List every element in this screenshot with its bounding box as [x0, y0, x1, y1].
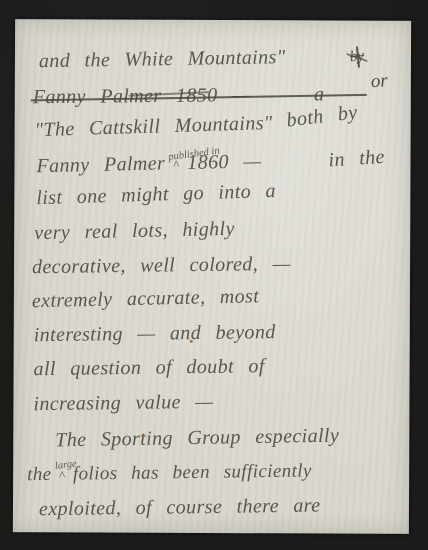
line-text: the: [27, 465, 52, 484]
manuscript-line-1: and the White Mountains": [39, 47, 286, 71]
correction-word: or: [370, 70, 388, 93]
line-text: "The Cattskill Mountains": [34, 113, 273, 140]
line-text: and the White Mountains": [39, 47, 286, 71]
struck-out-word: by: [346, 46, 368, 69]
line-text: all question of doubt of: [33, 356, 264, 379]
line-text: interesting — and beyond: [34, 322, 276, 345]
line-text: in the: [328, 147, 386, 171]
manuscript-line-7: decorative, well colored, —: [32, 254, 291, 277]
manuscript-line-3: "The Cattskill Mountains"both by: [34, 110, 358, 140]
line-text: extremely accurate, most: [32, 286, 260, 311]
inserted-word: large: [54, 459, 77, 472]
photo-background: and the White Mountains" by or Fanny Pal…: [0, 0, 428, 550]
manuscript-line-10: all question of doubt of: [33, 356, 264, 379]
manuscript-line-14: exploited, of course there are: [39, 496, 321, 520]
paper-speck: [141, 434, 144, 437]
line-tail: both by: [286, 102, 359, 130]
manuscript-line-13: thelarge^folios has been sufficiently: [27, 461, 312, 484]
manuscript-line-4: Fanny Palmerpublished in^1860 —: [36, 151, 261, 176]
interlinear-insertion: published in^: [173, 153, 179, 173]
manuscript-page: and the White Mountains" by or Fanny Pal…: [13, 19, 411, 534]
manuscript-line-12: The Sporting Group especially: [55, 426, 339, 451]
manuscript-line-2-struck: Fanny Palmer 1850 —a: [33, 84, 373, 107]
paper-speck: [190, 340, 193, 343]
line-text: The Sporting Group especially: [55, 426, 339, 451]
manuscript-line-6: very real lots, highly: [34, 219, 235, 243]
line-text-continued: folios has been sufficiently: [73, 461, 312, 483]
line-text: exploited, of course there are: [39, 496, 321, 520]
manuscript-line-9: interesting — and beyond: [34, 322, 276, 345]
line-text: increasing value —: [33, 392, 213, 414]
line-text: list one might go into a: [36, 181, 276, 208]
line-text: Fanny Palmer: [36, 153, 165, 176]
manuscript-line-8: extremely accurate, most: [32, 286, 260, 311]
manuscript-line-4-right: in the: [328, 147, 386, 171]
interlinear-insertion: large^: [59, 465, 65, 484]
manuscript-line-5: list one might go into a: [36, 181, 276, 208]
line-text: decorative, well colored, —: [32, 254, 291, 277]
line-text: very real lots, highly: [34, 219, 235, 243]
manuscript-line-11: increasing value —: [33, 392, 213, 414]
